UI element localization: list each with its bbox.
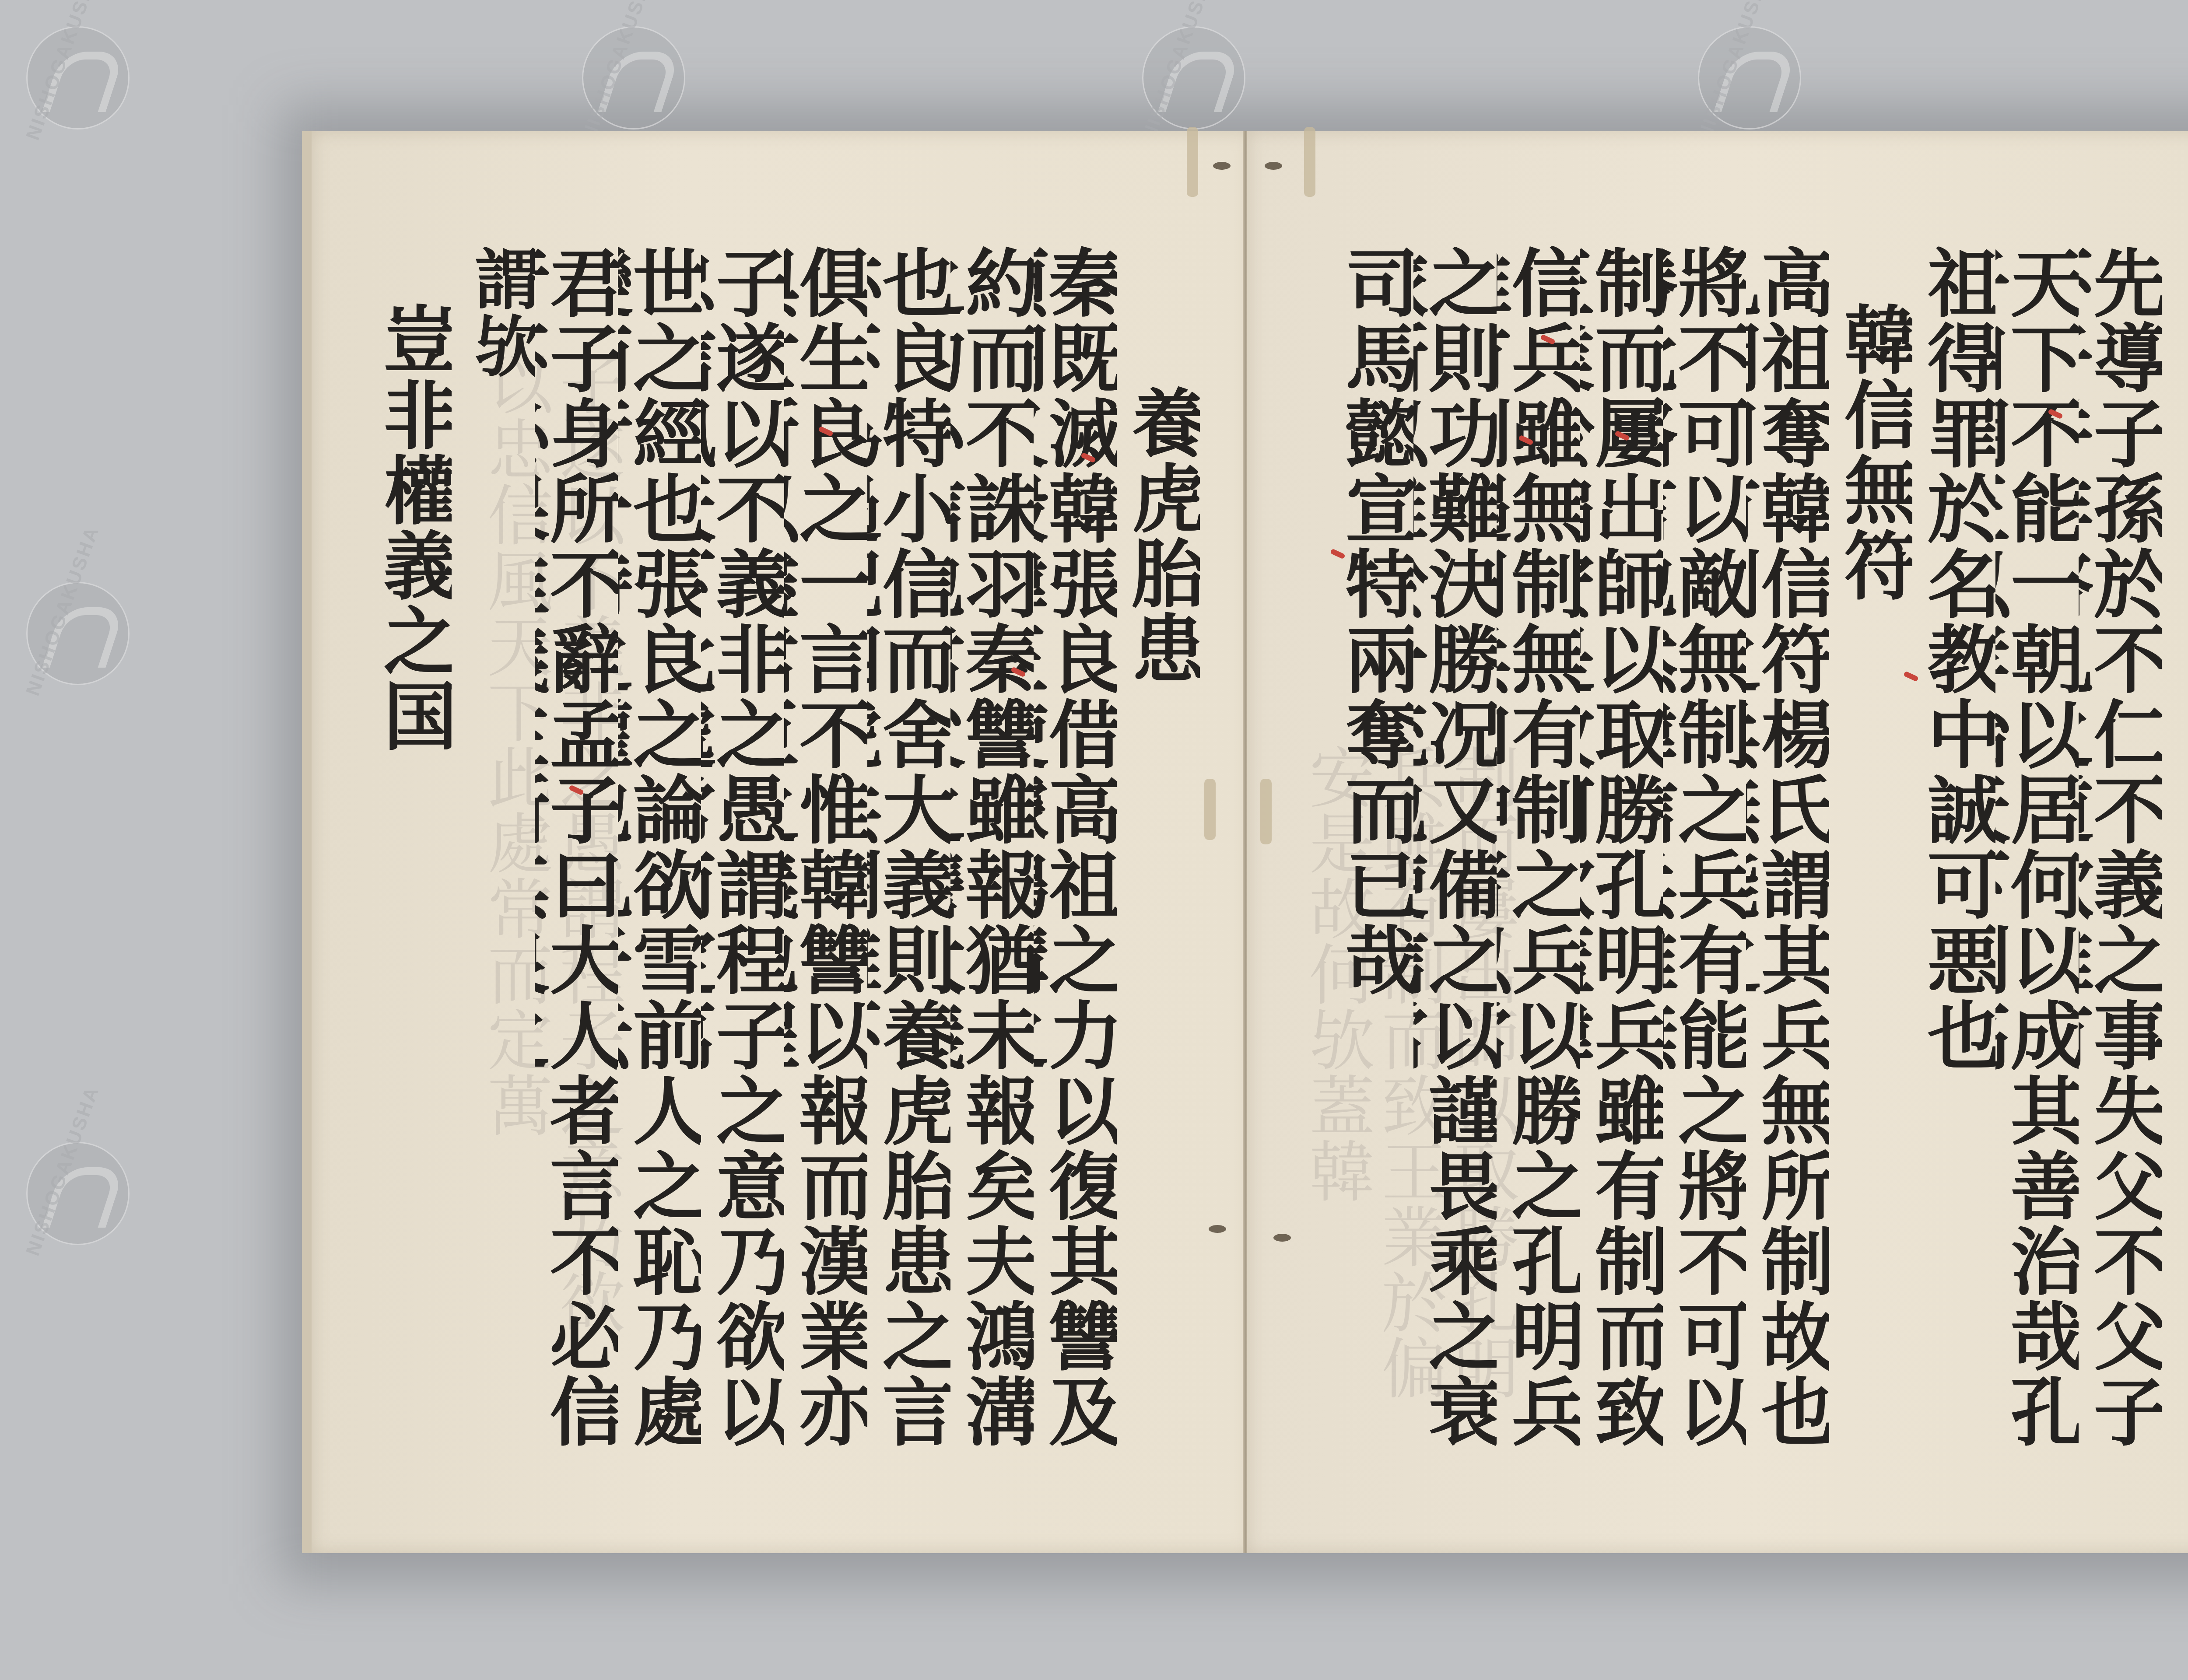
left-page-column: 謂欤 xyxy=(452,245,535,1514)
left-page-column: 君子身所不辭孟子曰大人者言不必信行不必果惟義在所其良之 xyxy=(535,245,618,1514)
binding-hole xyxy=(1265,162,1282,170)
left-page-text: 養虎胎患秦既滅韓張良借高祖之力以復其讐及項羽又殺韓王使據鴻溝之約而不誅羽秦讐雖報… xyxy=(342,245,1200,1514)
left-page-column: 子遂以不義非之愚謂程子之意乃欲以忠信風天下此處常而定萬 xyxy=(701,245,784,1514)
binding-thread xyxy=(1204,779,1216,840)
binding-thread xyxy=(1304,127,1315,197)
right-page-column: 之則功難決勝况又備之以謹畏乘之衰旅所以難於一統也使信當 xyxy=(1413,245,1497,1514)
left-page-column: 約而不誅羽秦讐雖報猶未報矣夫鴻溝之約小信也君父之讐大義 xyxy=(950,245,1034,1514)
left-page-column: 養虎胎患 xyxy=(1117,245,1200,1654)
right-page-text: 先導子孫於不仁不義之事失父不父子不子并非啓亂之道欤雖有天下不能一朝以居何以成其善… xyxy=(1308,245,2162,1514)
left-page-column: 世之經也張良之論欲雪前人之恥乃處變而行一時之權也孔子云 xyxy=(618,245,701,1514)
left-page-column: 秦既滅韓張良借高祖之力以復其讐及項羽又殺韓王使據鴻溝之 xyxy=(1034,245,1117,1514)
binding-hole xyxy=(1209,1225,1226,1233)
binding-hole xyxy=(1273,1234,1291,1242)
left-page-column: 俱生良之一言不惟韓讐以報而漢業亦興亡所以盡君臣之義也程 xyxy=(784,245,867,1514)
left-page-column: 也良特小信而舍大義則養虎胎患之言亦不為過况四虎共鬪難不 xyxy=(867,245,950,1514)
right-page-column: 韓信無符 xyxy=(1829,245,1912,1571)
right-page-column: 祖得罪於名教中誠可悪也 xyxy=(1912,245,1995,1514)
right-page-column: 司馬懿宣特兩奪而已哉 xyxy=(1330,245,1413,1514)
binding-thread xyxy=(1260,779,1272,844)
right-page-column: 信兵雖無制無有制之兵以勝之孔明兵雖有制遇用兵如神者以當 xyxy=(1497,245,1580,1514)
right-page: 制而屢出師以取勝孔明兵雖有制而致王業於偏安是故何欤蓋韓 先導子孫於不仁不義之事失… xyxy=(1247,131,2188,1553)
right-page-column: 先導子孫於不仁不義之事失父不父子不子并非啓亂之道欤雖有 xyxy=(2079,245,2162,1514)
open-book: 子遂以不義非之愚謂程子之意乃欲以忠信風天下此處常而定萬 養虎胎患秦既滅韓張良借高… xyxy=(302,131,2188,1553)
binding-hole xyxy=(1213,162,1231,170)
right-page-column: 天下不能一朝以居何以成其善治哉孔子曰明王以孝治天下則高 xyxy=(1995,245,2079,1514)
right-page-column: 將不可以敵無制之兵有能之將不可以勝此格言也然韓信兵雖無 xyxy=(1663,245,1746,1514)
left-page-column: 豈非權義之国 xyxy=(368,245,452,1571)
left-page: 子遂以不義非之愚謂程子之意乃欲以忠信風天下此處常而定萬 養虎胎患秦既滅韓張良借高… xyxy=(302,131,1252,1553)
right-page-column: 高祖奪韓信符楊氏謂其兵無所制故也孔明曰有制之兵無能之 xyxy=(1746,245,1829,1514)
binding-thread xyxy=(1187,127,1198,197)
